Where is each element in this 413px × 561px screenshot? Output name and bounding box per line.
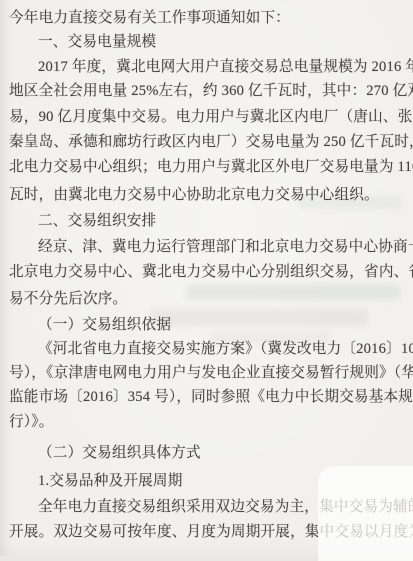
section-heading-2: 二、交易组织安排 <box>9 210 411 232</box>
doc-line: 易不分先后次序。 <box>9 288 411 310</box>
scanned-document-page: 今年电力直接交易有关工作事项通知如下： 一、交易电量规模 2017 年度，冀北电… <box>0 0 413 556</box>
subsection-heading-2: （二）交易组织具体方式 <box>9 442 411 464</box>
doc-line: 经京、津、冀电力运行管理部门和北京电力交易中心协商一致， <box>9 236 411 258</box>
doc-line: 开展。双边交易可按年度、月度为周期开展，集中交易以月度为周期 <box>9 521 411 543</box>
doc-line: 易，90 亿月度集中交易。电力用户与冀北区内电厂（唐山、张家口、 <box>9 106 411 128</box>
subsubsection-heading: 1.交易品种及开展周期 <box>9 470 411 492</box>
doc-line: 北京电力交易中心、冀北电力交易中心分别组织交易，省内、省间交 <box>9 261 411 283</box>
intro-line: 今年电力直接交易有关工作事项通知如下： <box>9 7 411 29</box>
doc-line: 秦皇岛、承德和廊坊行政区内电厂）交易电量为 250 亿千瓦时，由冀 <box>9 131 411 153</box>
doc-line: 号），《京津唐电网电力用户与发电企业直接交易暂行规则》（华北 <box>9 362 411 384</box>
doc-line: 瓦时，由冀北电力交易中心协助北京电力交易中心组织。 <box>9 184 411 206</box>
doc-line: 《河北省电力直接交易实施方案》（冀发改电力〔2016〕1061 <box>9 338 411 360</box>
doc-line: 全年电力直接交易组织采用双边交易为主，集中交易为辅的方式 <box>9 496 411 518</box>
doc-line: 监能市场〔2016〕354 号），同时参照《电力中长期交易基本规则（暂 <box>9 386 411 408</box>
subsection-heading-1: （一）交易组织依据 <box>9 314 411 336</box>
section-heading-1: 一、交易电量规模 <box>9 31 411 53</box>
doc-line: 北电力交易中心组织；电力用户与冀北区外电厂交易电量为 110 亿千 <box>9 156 411 178</box>
doc-line: 2017 年度，冀北电网大用户直接交易总电量规模为 2016 年冀北 <box>9 56 411 78</box>
doc-line: 地区全社会用电量 25%左右，约 360 亿千瓦时，其中：270 亿双边交 <box>9 80 411 102</box>
doc-line: 行）》。 <box>9 411 411 433</box>
